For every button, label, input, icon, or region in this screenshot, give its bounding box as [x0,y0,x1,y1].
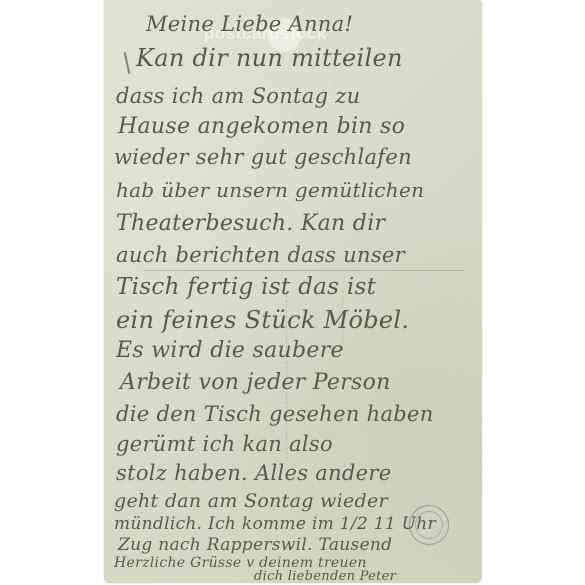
letter-line: Zug nach Rapperswil. Tausend [118,537,392,554]
letter-line: gerümt ich kan also [116,434,333,455]
letter-line: dass ich am Sontag zu [116,86,361,107]
letter-line: Theaterbesuch. Kan dir [116,213,385,235]
letter-line: Tisch fertig ist das ist [116,276,376,299]
letter-line: mündlich. Ich komme im 1/2 11 Uhr [114,516,436,533]
letter-line: die den Tisch gesehen haben [116,404,434,425]
letter-line: ein feines Stück Möbel. [116,308,409,332]
letter-line: stolz haben. Alles andere [116,463,391,484]
letter-line: wieder sehr gut geschlafen [114,147,412,168]
postcard: postcardstock Meine Liebe Anna! Kan dir … [104,0,482,583]
letter-salutation: Meine Liebe Anna! [146,14,353,35]
image-stage: postcardstock Meine Liebe Anna! Kan dir … [0,0,585,585]
letter-line: Herzliche Grüsse v deinem treuen [114,556,367,570]
handwritten-letter: Meine Liebe Anna! Kan dir nun mitteilen … [104,0,482,583]
letter-line: Arbeit von jeder Person [120,372,391,394]
letter-line: hab über unsern gemütlichen [116,180,424,200]
letter-line: Es wird die saubere [116,340,344,362]
postmark-stamp-icon [409,505,449,545]
letter-line: Kan dir nun mitteilen [136,46,403,70]
letter-line: geht dan am Sontag wieder [114,492,388,511]
letter-signature: dich liebenden Peter [254,570,396,583]
letter-line: auch berichten dass unser [116,245,405,266]
letter-line: Hause angekomen bin so [118,116,405,138]
